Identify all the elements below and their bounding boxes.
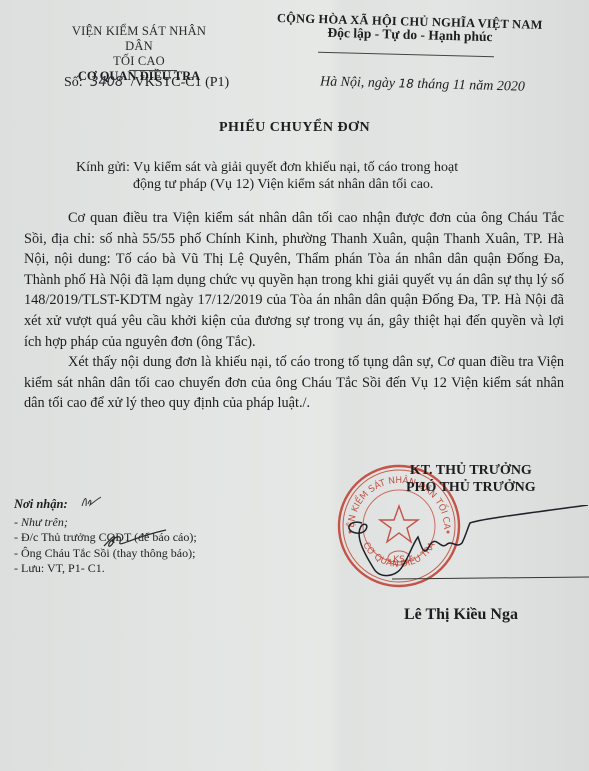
document-number: Số: 3408 /VKSTC-C1 (P1) (64, 75, 229, 91)
document-title: PHIẾU CHUYỂN ĐƠN (0, 120, 589, 136)
date-day-handwritten: 18 (398, 76, 414, 90)
date-suffix: tháng 11 năm 2020 (417, 77, 525, 95)
signer-name: Lê Thị Kiều Nga (404, 606, 518, 624)
national-header: CỘNG HÒA XÃ HỘI CHỦ NGHĨA VIỆT NAM Độc l… (240, 10, 580, 43)
number-prefix: Số: (64, 75, 83, 90)
body-paragraph-2: Xét thấy nội dung đơn là khiếu nại, tố c… (24, 352, 564, 414)
document-body: Cơ quan điều tra Viện kiểm sát nhân dân … (24, 208, 564, 414)
recipients-heading: Nơi nhận: (14, 497, 197, 513)
issue-date: Hà Nội, ngày 18 tháng 11 năm 2020 (320, 74, 525, 95)
agency-line-2: TỐI CAO (64, 54, 214, 69)
signer-title: KT. THỦ TRƯỞNG PHÓ THỦ TRƯỞNG (406, 462, 536, 496)
recipient-item: - Lưu: VT, P1- C1. (14, 561, 197, 577)
signer-title-line-2: PHÓ THỦ TRƯỞNG (406, 479, 536, 496)
signer-title-line-1: KT. THỦ TRƯỞNG (406, 462, 536, 479)
motto-underline (318, 52, 494, 58)
agency-underline (129, 70, 177, 71)
handwritten-initial-icon (80, 494, 102, 508)
addressee: Kính gửi: Vụ kiểm sát và giải quyết đơn … (76, 159, 496, 193)
date-prefix: Hà Nội, ngày (320, 74, 395, 91)
handwritten-signature-icon (340, 505, 589, 590)
agency-line-1: VIỆN KIỂM SÁT NHÂN DÂN (64, 24, 214, 54)
number-handwritten: 3408 (90, 75, 123, 90)
addressee-line-2: động tư pháp (Vụ 12) Viện kiểm sát nhân … (76, 176, 496, 193)
body-paragraph-1: Cơ quan điều tra Viện kiểm sát nhân dân … (24, 208, 564, 352)
addressee-line-1: Kính gửi: Vụ kiểm sát và giải quyết đơn … (76, 159, 496, 176)
initial-signature-icon (100, 528, 170, 550)
number-suffix: /VKSTC-C1 (P1) (131, 75, 229, 90)
